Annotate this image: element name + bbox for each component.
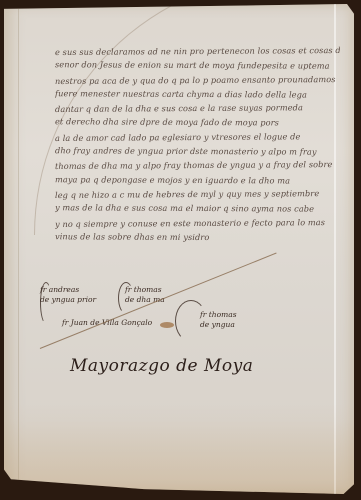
text-line: nestros pa aca de y qua do q pa lo p poa… bbox=[55, 72, 340, 88]
signature-flourish bbox=[118, 282, 134, 314]
text-line: y mas de la dha e sus cosa ma el maior q… bbox=[55, 201, 340, 217]
text-line: y no q siempre y conuse en este monaster… bbox=[55, 215, 340, 231]
document-title: Mayorazgo de Moya bbox=[70, 356, 253, 376]
manuscript-body-text: e sus sus declaramos ad ne nin pro perte… bbox=[55, 44, 340, 244]
paper-stain bbox=[4, 404, 354, 494]
text-line: et derecho dha sire dpre de moya fado de… bbox=[55, 115, 340, 131]
text-line: thomas de dha ma y alpo fray thomas de y… bbox=[55, 157, 340, 173]
signature-flourish bbox=[40, 282, 52, 324]
text-line: vinus de las sobre dhas en mi ysidro bbox=[55, 229, 340, 245]
signature-flourish bbox=[175, 300, 207, 342]
ink-blot bbox=[160, 322, 174, 328]
text-line: senor don Jesus de enion su mart de moya… bbox=[55, 58, 340, 74]
